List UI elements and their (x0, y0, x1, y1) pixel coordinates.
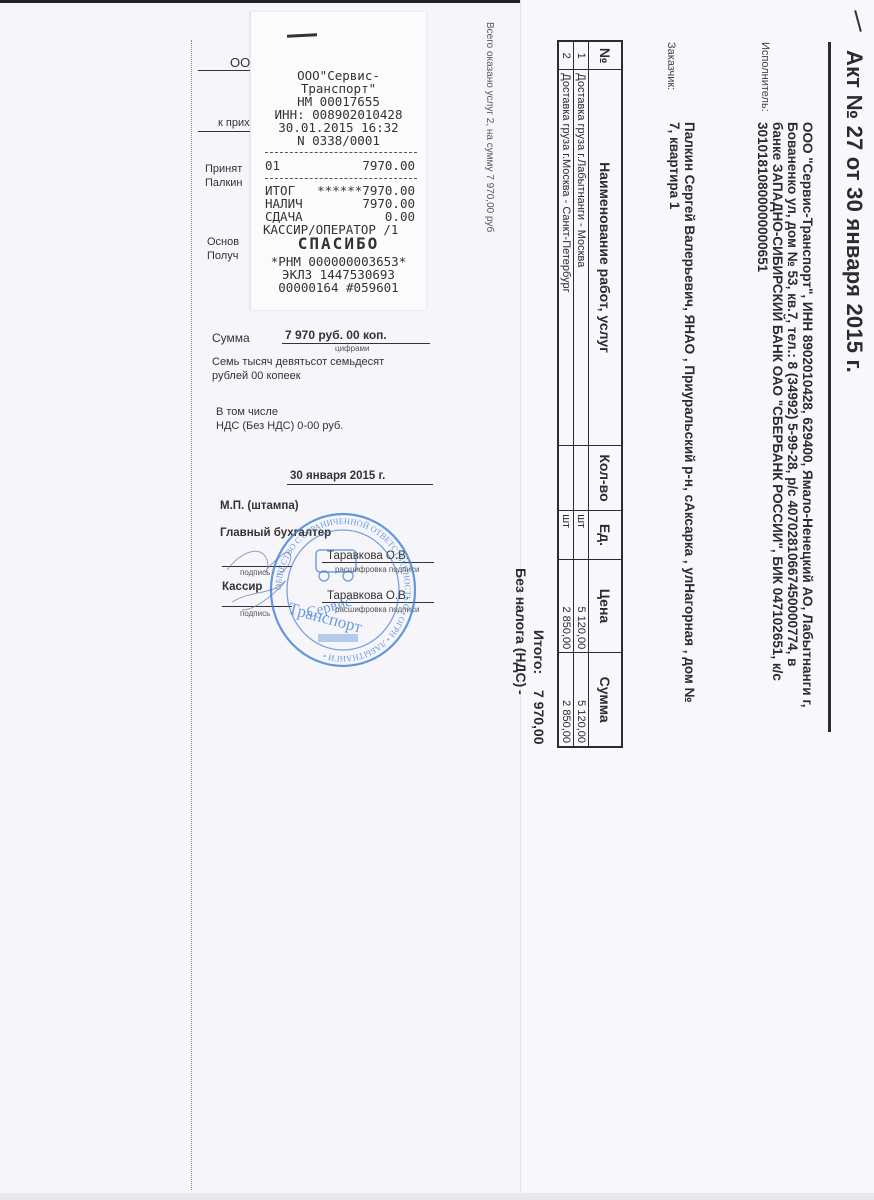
sum-label: Сумма (212, 331, 250, 345)
col-no: № (589, 41, 623, 70)
table-header-row: № Наименование работ, услуг Кол-во Ед. Ц… (589, 41, 623, 747)
scanner-bottom-edge (0, 1193, 874, 1200)
cell-no: 2 (558, 41, 574, 70)
slip-date: 30 января 2015 г. (290, 470, 385, 482)
services-table: № Наименование работ, услуг Кол-во Ед. Ц… (557, 40, 623, 748)
vat-label: Без налога (НДС) (513, 568, 529, 687)
executor-line-4: 30101810800000000651 (755, 122, 770, 272)
slip-basis-partial: Основ (207, 236, 239, 248)
total-value: 7 970,00 (531, 690, 547, 745)
cell-sum: 2 850,00 (558, 653, 574, 747)
cell-sum: 5 120,00 (574, 653, 589, 747)
sum-caption: цифрами (335, 344, 370, 353)
receipt-separator (265, 152, 417, 153)
executor-line-1: ООО "Сервис-Транспорт", ИНН 8902010428, … (800, 122, 815, 708)
slip-recipient-partial: Получ (207, 250, 238, 262)
act-title: Акт № 27 от 30 января 2015 г. (841, 50, 867, 373)
thermal-receipt: ООО"Сервис- Транспорт" НМ 00017655 ИНН: … (250, 12, 426, 310)
sum-words-2: рублей 00 копеек (212, 370, 301, 382)
col-sum: Сумма (589, 653, 623, 747)
date-underline (287, 484, 433, 485)
vat-value: - (513, 690, 529, 695)
sum-words-1: Семь тысяч девятьсот семьдесят (212, 356, 384, 368)
cell-qty (558, 445, 574, 510)
slip-accepted-partial: Принят (205, 163, 242, 175)
executor-line-3: банке ЗАПАДНО-СИБИРСКИЙ БАНК ОАО "СБЕРБА… (770, 122, 785, 681)
item-no: 01 (265, 159, 280, 173)
col-qty: Кол-во (589, 445, 623, 510)
slip-order-partial: к прих (218, 117, 250, 129)
receipt-number: N 0338/0001 (251, 134, 426, 148)
slip-from-partial: Палкин (205, 177, 242, 189)
executor-line-2: Бованенко ул, дом № 53, кв.7, тел.: 8 (3… (785, 122, 800, 666)
customer-line-2: 7, квартира 1 (667, 122, 682, 209)
incl-label: В том числе (216, 406, 278, 418)
executor-label: Исполнитель: (759, 42, 771, 112)
act-document: Акт № 27 от 30 января 2015 г. Исполнител… (475, 50, 874, 870)
perforation-line (191, 40, 192, 1190)
cell-price: 2 850,00 (558, 559, 574, 653)
table-row: 2 Доставка груза г.Москва - Санкт-Петерб… (558, 41, 574, 747)
customer-label: Заказчик: (665, 42, 677, 90)
col-price: Цена (589, 559, 623, 653)
receipt-thanks: СПАСИБО (251, 237, 426, 251)
pen-mark (287, 33, 317, 38)
company-stamp: ОБЩЕСТВО С ОГРАНИЧЕННОЙ ОТВЕТСТВЕННОСТЬЮ… (268, 510, 418, 670)
cell-unit: шт (574, 511, 589, 559)
receipt-doc: 00000164 #059601 (251, 281, 426, 295)
cell-unit: шт (558, 511, 574, 559)
col-unit: Ед. (589, 511, 623, 559)
cell-no: 1 (574, 41, 589, 70)
table-row: 1 Доставка груза г.Лабытнанги - Москва ш… (574, 41, 589, 747)
title-rule (828, 42, 831, 732)
cell-qty (574, 445, 589, 510)
receipt-separator (265, 178, 417, 179)
col-name: Наименование работ, услуг (589, 70, 623, 446)
total-label: Итого: (531, 630, 547, 674)
customer-line-1: Палкин Сергей Валерьевич, ЯНАО , Приурал… (682, 122, 697, 703)
vat-line: НДС (Без НДС) 0-00 руб. (216, 420, 343, 432)
item-sum: 7970.00 (362, 159, 415, 173)
services-summary: Всего оказано услуг 2, на сумму 7 970,00… (484, 22, 495, 232)
cell-name: Доставка груза г.Лабытнанги - Москва (574, 70, 589, 446)
org-underline (198, 70, 258, 71)
cell-price: 5 120,00 (574, 559, 589, 653)
receipt-item: 01 7970.00 (265, 159, 415, 173)
order-underline (198, 131, 258, 132)
cell-name: Доставка груза г.Москва - Санкт-Петербур… (558, 70, 574, 446)
sum-value: 7 970 руб. 00 коп. (285, 328, 387, 342)
